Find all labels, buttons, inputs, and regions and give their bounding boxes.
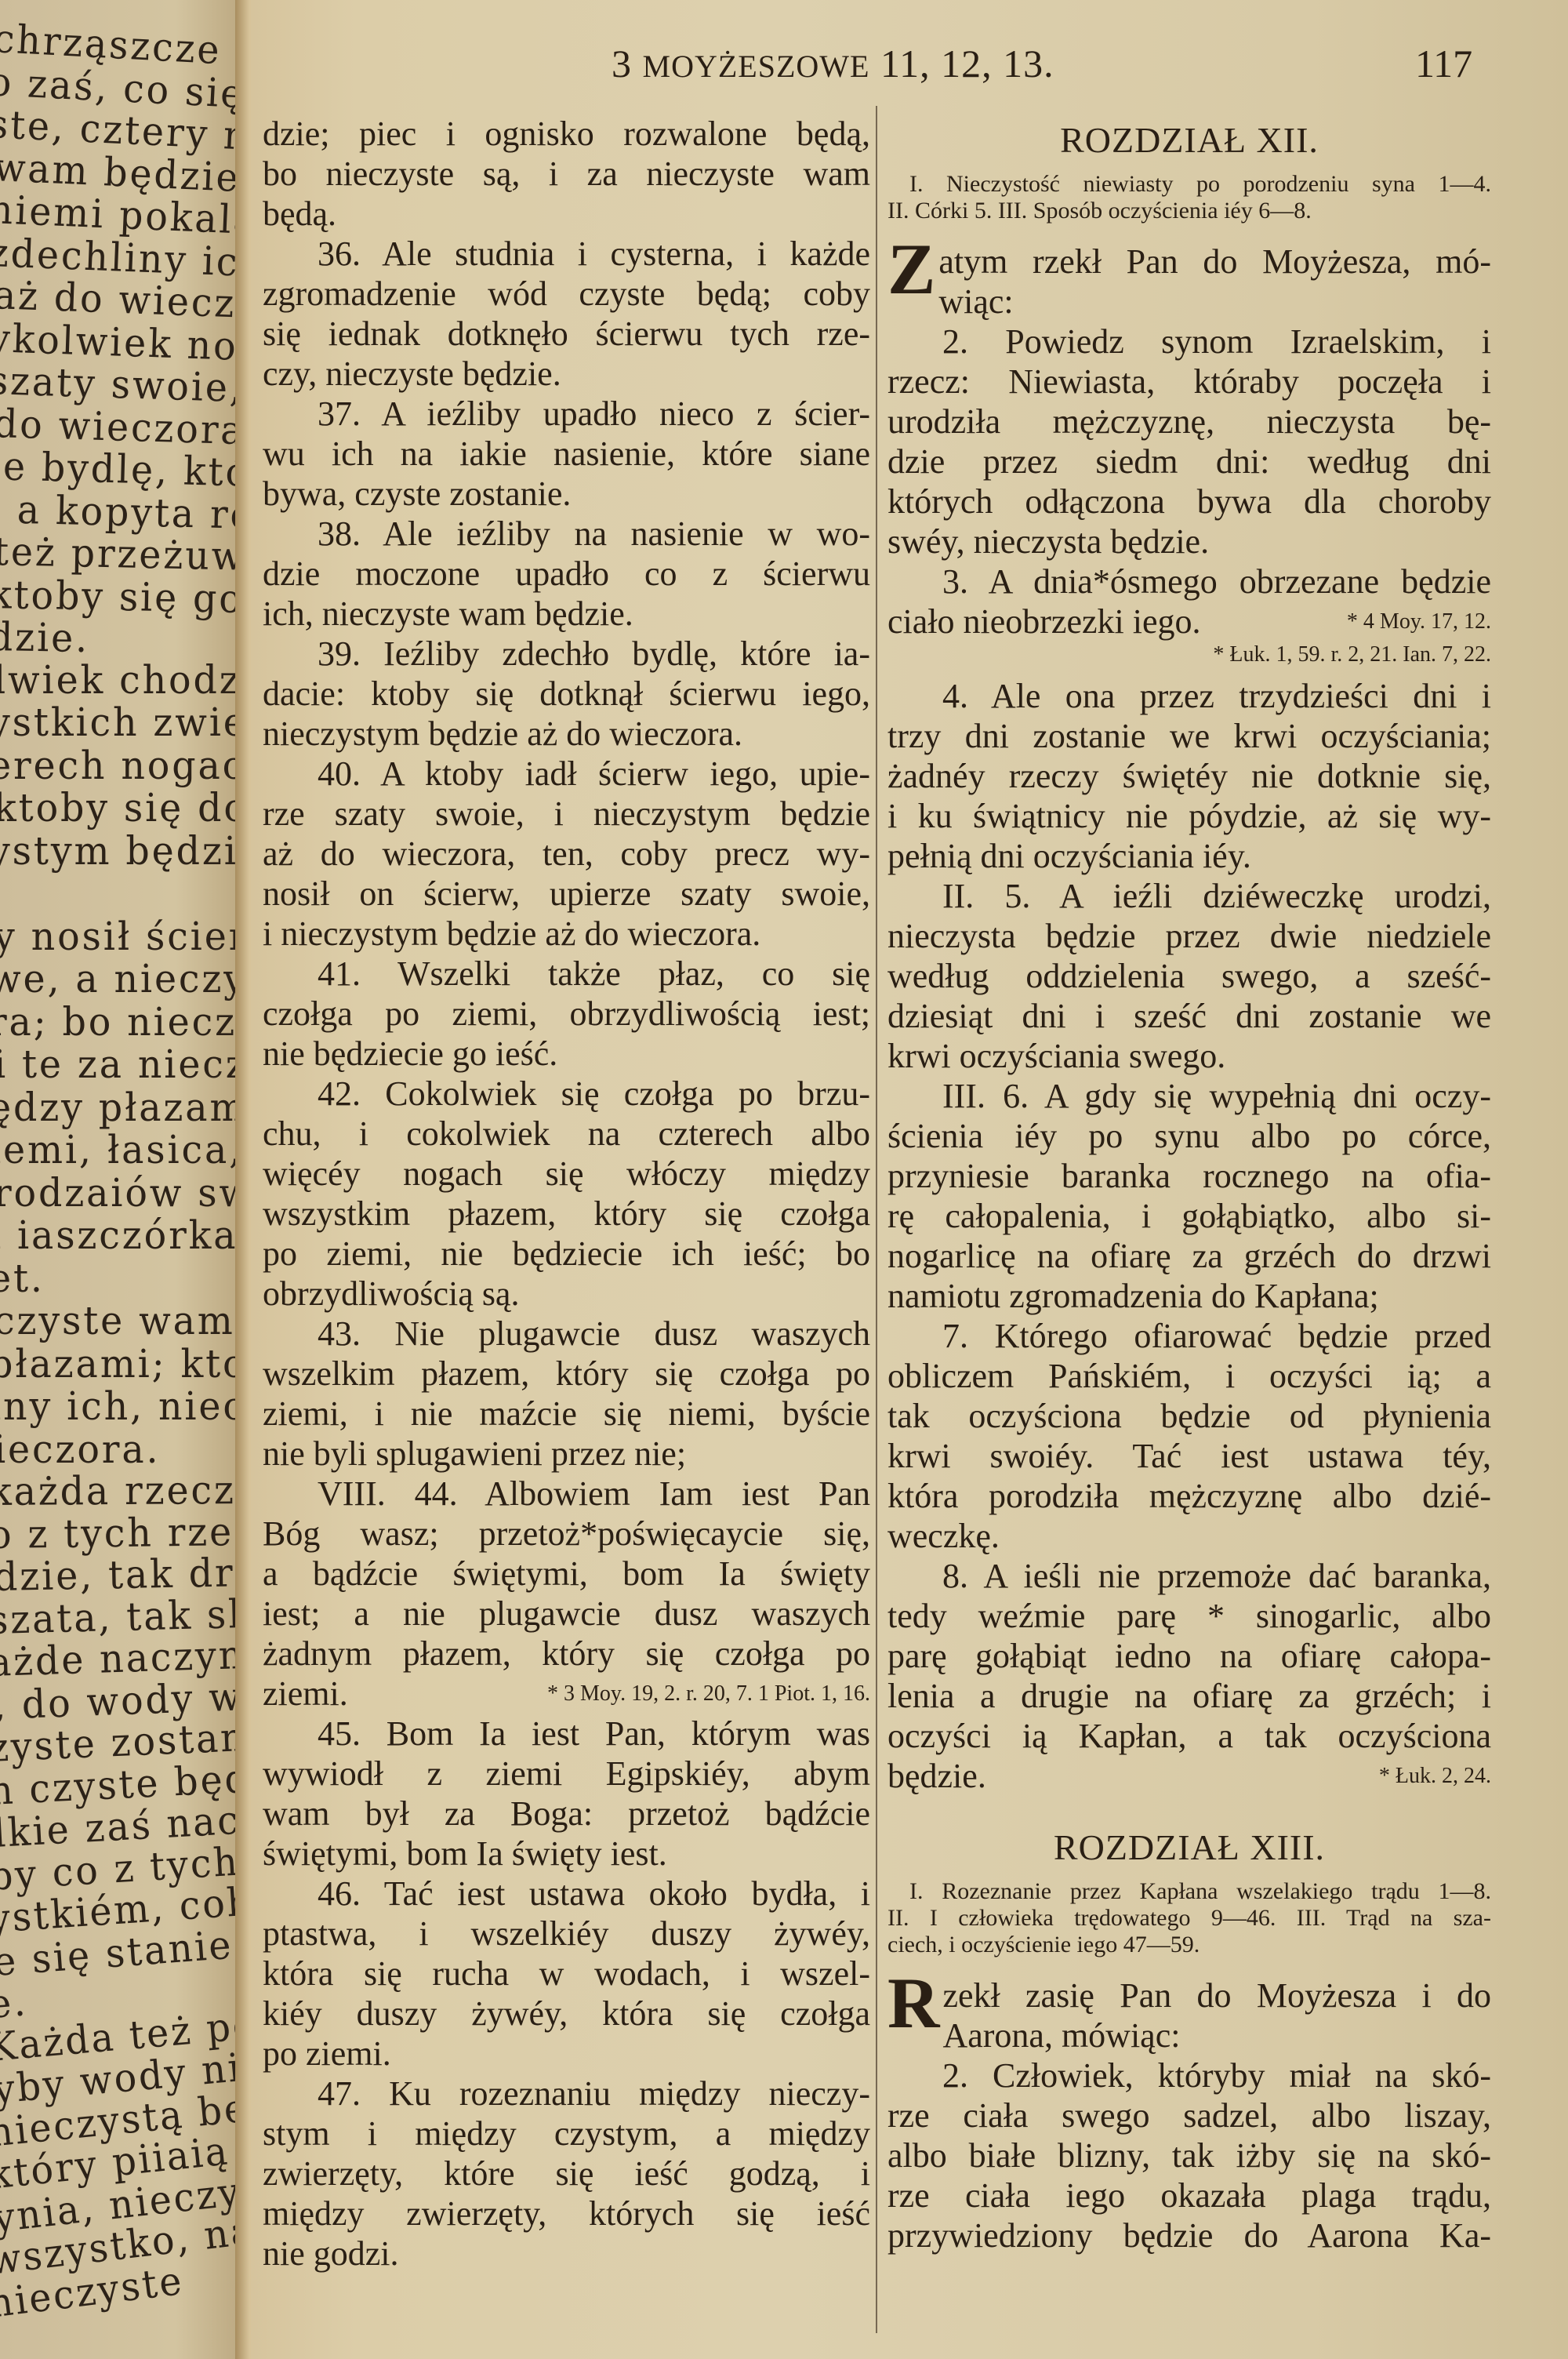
text-line: dacie: ktoby się dotknął ścierwu iego, <box>263 674 870 714</box>
chapter-13-opening: R zekł zasię Pan do Moyżesza i do Aarona… <box>887 1976 1491 2055</box>
text-line: atym rzekł Pan do Moyżesza, mó- <box>887 242 1491 282</box>
text-line: i nieczystym będzie aż do wieczora. <box>263 914 870 954</box>
text-line: po ziemi, nie będziecie ich ieść; bo <box>263 1234 870 1274</box>
text-line: rze ciała iego okazała plaga trądu, <box>887 2175 1491 2215</box>
chapter-12-opening: Z atym rzekł Pan do Moyżesza, mó- wiąc: <box>887 242 1491 322</box>
summary-line: I. Nieczystość niewiasty po porodzeniu s… <box>887 171 1491 198</box>
previous-page-line: o z tych rzeczy upa <box>0 1507 251 1557</box>
previous-page-line: rodzaiów swoich; <box>0 1170 251 1216</box>
page-number: 117 <box>1415 41 1472 86</box>
text-line: po ziemi. <box>263 2034 870 2074</box>
previous-page-line: e. <box>0 1979 29 2027</box>
text-line: dzie; piec i ognisko rozwalone będą, <box>263 114 870 154</box>
text-line: a bądźcie świętymi, bom Ia święty <box>263 1554 870 1594</box>
text-line: parę gołąbiąt iedno na ofiarę całopa- <box>887 1636 1491 1676</box>
previous-page-line: i te za nieczyste <box>0 1041 251 1087</box>
text-line: czy, nieczyste będzie. <box>263 354 870 394</box>
previous-page-line: ra; bo nieczyste wa <box>0 999 251 1045</box>
text-line: czołga po ziemi, obrzydliwością iest; <box>263 994 870 1034</box>
text-line: nie godzi. <box>263 2234 870 2274</box>
text-line: i ku świątnicy nie póydzie, aż się wy- <box>887 796 1491 836</box>
text-line: 43. Nie plugawcie dusz waszych <box>263 1314 870 1354</box>
cross-reference-note: * 4 Moy. 17, 12. <box>1347 602 1491 642</box>
previous-page-line: ystym będzie aż d <box>0 828 251 874</box>
text-line: albo białe blizny, tak iżby się na skó- <box>887 2135 1491 2175</box>
text-line: dziesiąt dni i sześć dni zostanie we <box>887 996 1491 1036</box>
text-line: 36. Ale studnia i cysterna, i każde <box>263 234 870 274</box>
text-line: nieczysta będzie przez dwie niedziele <box>887 916 1491 956</box>
text-line: świętymi, bom Ia święty iest. <box>263 1834 870 1874</box>
running-title: 3 MOYŻESZOWE 11, 12, 13. <box>612 41 1054 86</box>
text-line: Aarona, mówiąc: <box>887 2016 1491 2055</box>
summary-line: ciech, i oczyścienie iego 47—59. <box>887 1932 1491 1958</box>
chapter-12-summary: I. Nieczystość niewiasty po porodzeniu s… <box>887 171 1491 224</box>
text-line: Bóg wasz; przetoż*poświęcaycie się, <box>263 1514 870 1554</box>
text-line: obliczem Pańskiém, i oczyści ią; a <box>887 1356 1491 1396</box>
text-line: bywa, czyste zostanie. <box>263 474 870 514</box>
text-line: krwi swoiéy. Tać iest ustawa téy, <box>887 1436 1491 1476</box>
text-line: 4. Ale ona przez trzydzieści dni i <box>887 676 1491 716</box>
drop-cap: R <box>887 1976 939 2030</box>
text-line: 7. Którego ofiarować będzie przed <box>887 1316 1491 1356</box>
text-line: będzie.* Łuk. 2, 24. <box>887 1756 1491 1796</box>
text-line: zgromadzenie wód czyste będą; coby <box>263 274 870 314</box>
previous-page-fragment: chrząszcze wedługo zaś, co się czołgaste… <box>0 0 251 2359</box>
text-line: aż do wieczora, ten, coby precz wy- <box>263 834 870 874</box>
previous-page-line: lwiek chodzi na ła <box>0 657 251 703</box>
previous-page-line: czyste wam będą nie <box>0 1298 251 1343</box>
chapter-12-title: ROZDZIAŁ XII. <box>887 120 1491 160</box>
text-line: kiéy duszy żywéy, która się czołga <box>263 1994 870 2034</box>
previous-page-line: dzie. <box>0 614 90 661</box>
column-rule <box>876 106 877 2333</box>
text-line: VIII. 44. Albowiem Iam iest Pan <box>263 1474 870 1514</box>
cross-reference-note: * Łuk. 2, 24. <box>1379 1756 1491 1796</box>
text-line: lenia a drugie na ofiarę za grzéch; i <box>887 1676 1491 1716</box>
text-line: żadnym płazem, który się czołga po <box>263 1634 870 1674</box>
text-line: weczkę. <box>887 1516 1491 1556</box>
running-header: 3 MOYŻESZOWE 11, 12, 13. 117 <box>251 41 1568 88</box>
text-line: między zwierzęty, których się ieść <box>263 2194 870 2234</box>
text-line: przywiedziony będzie do Aarona Ka- <box>887 2215 1491 2255</box>
text-line: wszelkim płazem, który się czołga po <box>263 1354 870 1394</box>
text-line: 3. A dnia*ósmego obrzezane będzie <box>887 562 1491 602</box>
text-line: ziemi.* 3 Moy. 19, 2. r. 20, 7. 1 Piot. … <box>263 1674 870 1714</box>
text-line: wiąc: <box>887 282 1491 322</box>
text-line: która się rucha w wodach, i wszel- <box>263 1954 870 1994</box>
text-line: ptastwa, i wszelkiéy duszy żywéy, <box>263 1914 870 1954</box>
text-line: zwierzęty, które się ieść godzą, i <box>263 2154 870 2194</box>
text-line: stym i między czystym, a między <box>263 2114 870 2154</box>
text-line: dzie moczone upadło co z ścierwu <box>263 554 870 594</box>
summary-line: II. Córki 5. III. Sposób oczyścienia iéy… <box>887 198 1491 224</box>
previous-page-line: ktoby się dotknął <box>0 785 251 831</box>
previous-page-line: ystkich zwierząt, k <box>0 700 251 745</box>
previous-page-line: iny ich, nieczystym <box>0 1383 251 1429</box>
text-line: która porodziła mężczyznę albo dzié- <box>887 1476 1491 1516</box>
text-line: się iednak dotknęło ścierwu tych rze- <box>263 314 870 354</box>
text-line: nie będziecie go ieść. <box>263 1034 870 1074</box>
text-line: wam był za Boga: przetoż bądźcie <box>263 1794 870 1834</box>
previous-page-line: płazami; ktoby się <box>0 1341 251 1387</box>
text-line: 47. Ku rozeznaniu między nieczy- <box>263 2074 870 2114</box>
text-line: III. 6. A gdy się wypełnią dni oczy- <box>887 1076 1491 1116</box>
text-line: oczyści ią Kapłan, a tak oczyściona <box>887 1716 1491 1756</box>
footnote: * Łuk. 1, 59. r. 2, 21. Ian. 7, 22. <box>887 642 1491 668</box>
text-line: namiotu zgromadzenia do Kapłana; <box>887 1276 1491 1316</box>
previous-page-line: i iaszczórka, i te <box>0 1212 251 1258</box>
book-number: 3 <box>612 42 643 85</box>
text-line: rę całopalenia, i gołąbiątko, albo si- <box>887 1196 1491 1236</box>
text-line: wywiodł z ziemi Egipskiéy, abym <box>263 1754 870 1794</box>
text-line: nogarlicę na ofiarę za grzéch do drzwi <box>887 1236 1491 1276</box>
text-line: 2. Człowiek, któryby miał na skó- <box>887 2055 1491 2095</box>
text-line: 37. A ieźliby upadło nieco z ścier- <box>263 394 870 434</box>
text-line: 40. A ktoby iadł ścierw iego, upie- <box>263 754 870 794</box>
text-line: rzecz: Niewiasta, któraby poczęła i <box>887 362 1491 402</box>
text-line: 45. Bom Ia iest Pan, którym was <box>263 1714 870 1754</box>
text-line: 2. Powiedz synom Izraelskim, i <box>887 322 1491 362</box>
text-line: nieczystym będzie aż do wieczora. <box>263 714 870 754</box>
text-line: tedy weźmie parę * sinogarlic, albo <box>887 1596 1491 1636</box>
text-line: 39. Ieźliby zdechło bydlę, które ia- <box>263 634 870 674</box>
text-line: chu, i cokolwiek na czterech albo <box>263 1114 870 1154</box>
text-line: więcéy nogach się włóczy między <box>263 1154 870 1194</box>
text-line: ich, nieczyste wam będzie. <box>263 594 870 634</box>
text-line: przyniesie baranka rocznego na ofia- <box>887 1156 1491 1196</box>
text-line: 8. A ieśli nie przemoże dać baranka, <box>887 1556 1491 1596</box>
text-line: 42. Cokolwiek się czołga po brzu- <box>263 1074 870 1114</box>
text-line: rze szaty swoie, i nieczystym będzie <box>263 794 870 834</box>
text-line: których odłączona bywa dla choroby <box>887 482 1491 522</box>
chapter-12-verses-1: 2. Powiedz synom Izraelskim, irzecz: Nie… <box>887 322 1491 642</box>
previous-page-line: erech nogach, niec <box>0 743 251 788</box>
text-line: 41. Wszelki także płaz, co się <box>263 954 870 994</box>
summary-line: II. I człowieka trędowatego 9—46. III. T… <box>887 1905 1491 1932</box>
previous-page-line: ędzy płazami, któr <box>0 1085 251 1130</box>
page: 3 MOYŻESZOWE 11, 12, 13. 117 dzie; piec … <box>251 0 1568 2359</box>
text-line: zekł zasię Pan do Moyżesza i do <box>887 1976 1491 2016</box>
text-line: iest; a nie plugawcie dusz waszych <box>263 1594 870 1634</box>
drop-cap: Z <box>887 242 935 296</box>
text-line: nie byli splugawieni przez nie; <box>263 1434 870 1474</box>
text-line: 38. Ale ieźliby na nasienie w wo- <box>263 514 870 554</box>
chapter-12-verses-2: 4. Ale ona przez trzydzieści dni itrzy d… <box>887 676 1491 1796</box>
right-column: ROZDZIAŁ XII. I. Nieczystość niewiasty p… <box>887 114 1491 2255</box>
text-line: II. 5. A ieźli dziéweczkę urodzi, <box>887 876 1491 916</box>
text-line: ziemi, i nie maźcie się niemi, byście <box>263 1394 870 1434</box>
previous-page-line: y nosił ścierw ich, <box>0 914 251 959</box>
chapter-13-title: ROZDZIAŁ XIII. <box>887 1827 1491 1867</box>
previous-page-line: et. <box>0 1256 45 1301</box>
text-line: nosił on ścierw, upierze szaty swoie, <box>263 874 870 914</box>
text-line: ścienia iéy po synu albo po córce, <box>887 1116 1491 1156</box>
chapter-13-verses: 2. Człowiek, któryby miał na skó-rze cia… <box>887 2055 1491 2255</box>
previous-page-line: we, a nieczystym bę <box>0 956 251 1001</box>
text-line: żadnéy rzeczy świętéy nie dotknie się, <box>887 756 1491 796</box>
previous-page-line: każda rzecz, na któ <box>0 1467 251 1514</box>
text-line: wszystkim płazem, który się czołga <box>263 1194 870 1234</box>
text-line: swéy, nieczysta będzie. <box>887 522 1491 562</box>
text-line: bo nieczyste są, i za nieczyste wam <box>263 154 870 194</box>
text-line: trzy dni zostanie we krwi oczyściania; <box>887 716 1491 756</box>
text-line: będą. <box>263 194 870 234</box>
summary-line: I. Rozeznanie przez Kapłana wszelakiego … <box>887 1878 1491 1905</box>
chapter-13-summary: I. Rozeznanie przez Kapłana wszelakiego … <box>887 1878 1491 1958</box>
text-line: obrzydliwością są. <box>263 1274 870 1314</box>
book-name: MOYŻESZOWE <box>643 49 870 84</box>
chapter-range: 11, 12, 13. <box>869 42 1054 85</box>
previous-page-line: ieczora. <box>0 1427 160 1472</box>
text-line: pełnią dni oczyściania iéy. <box>887 836 1491 876</box>
text-line: 46. Tać iest ustawa około bydła, i <box>263 1874 870 1914</box>
text-line: rze ciała swego sadzel, albo liszay, <box>887 2095 1491 2135</box>
text-line: urodziła mężczyznę, nieczysta bę- <box>887 402 1491 442</box>
left-column: dzie; piec i ognisko rozwalone będą,bo n… <box>263 114 870 2274</box>
cross-reference-note: * 3 Moy. 19, 2. r. 20, 7. 1 Piot. 1, 16. <box>547 1674 870 1714</box>
text-line: tak oczyściona będzie od płynienia <box>887 1396 1491 1436</box>
previous-page-line: iemi, łasica, i mys <box>0 1127 251 1172</box>
text-line: krwi oczyściania swego. <box>887 1036 1491 1076</box>
text-line: ciało nieobrzezki iego.* 4 Moy. 17, 12. <box>887 602 1491 642</box>
text-line: według oddzielenia swego, a sześć- <box>887 956 1491 996</box>
text-line: dzie przez siedm dni: według dni <box>887 442 1491 482</box>
text-line: wu ich na iakie nasienie, które siane <box>263 434 870 474</box>
